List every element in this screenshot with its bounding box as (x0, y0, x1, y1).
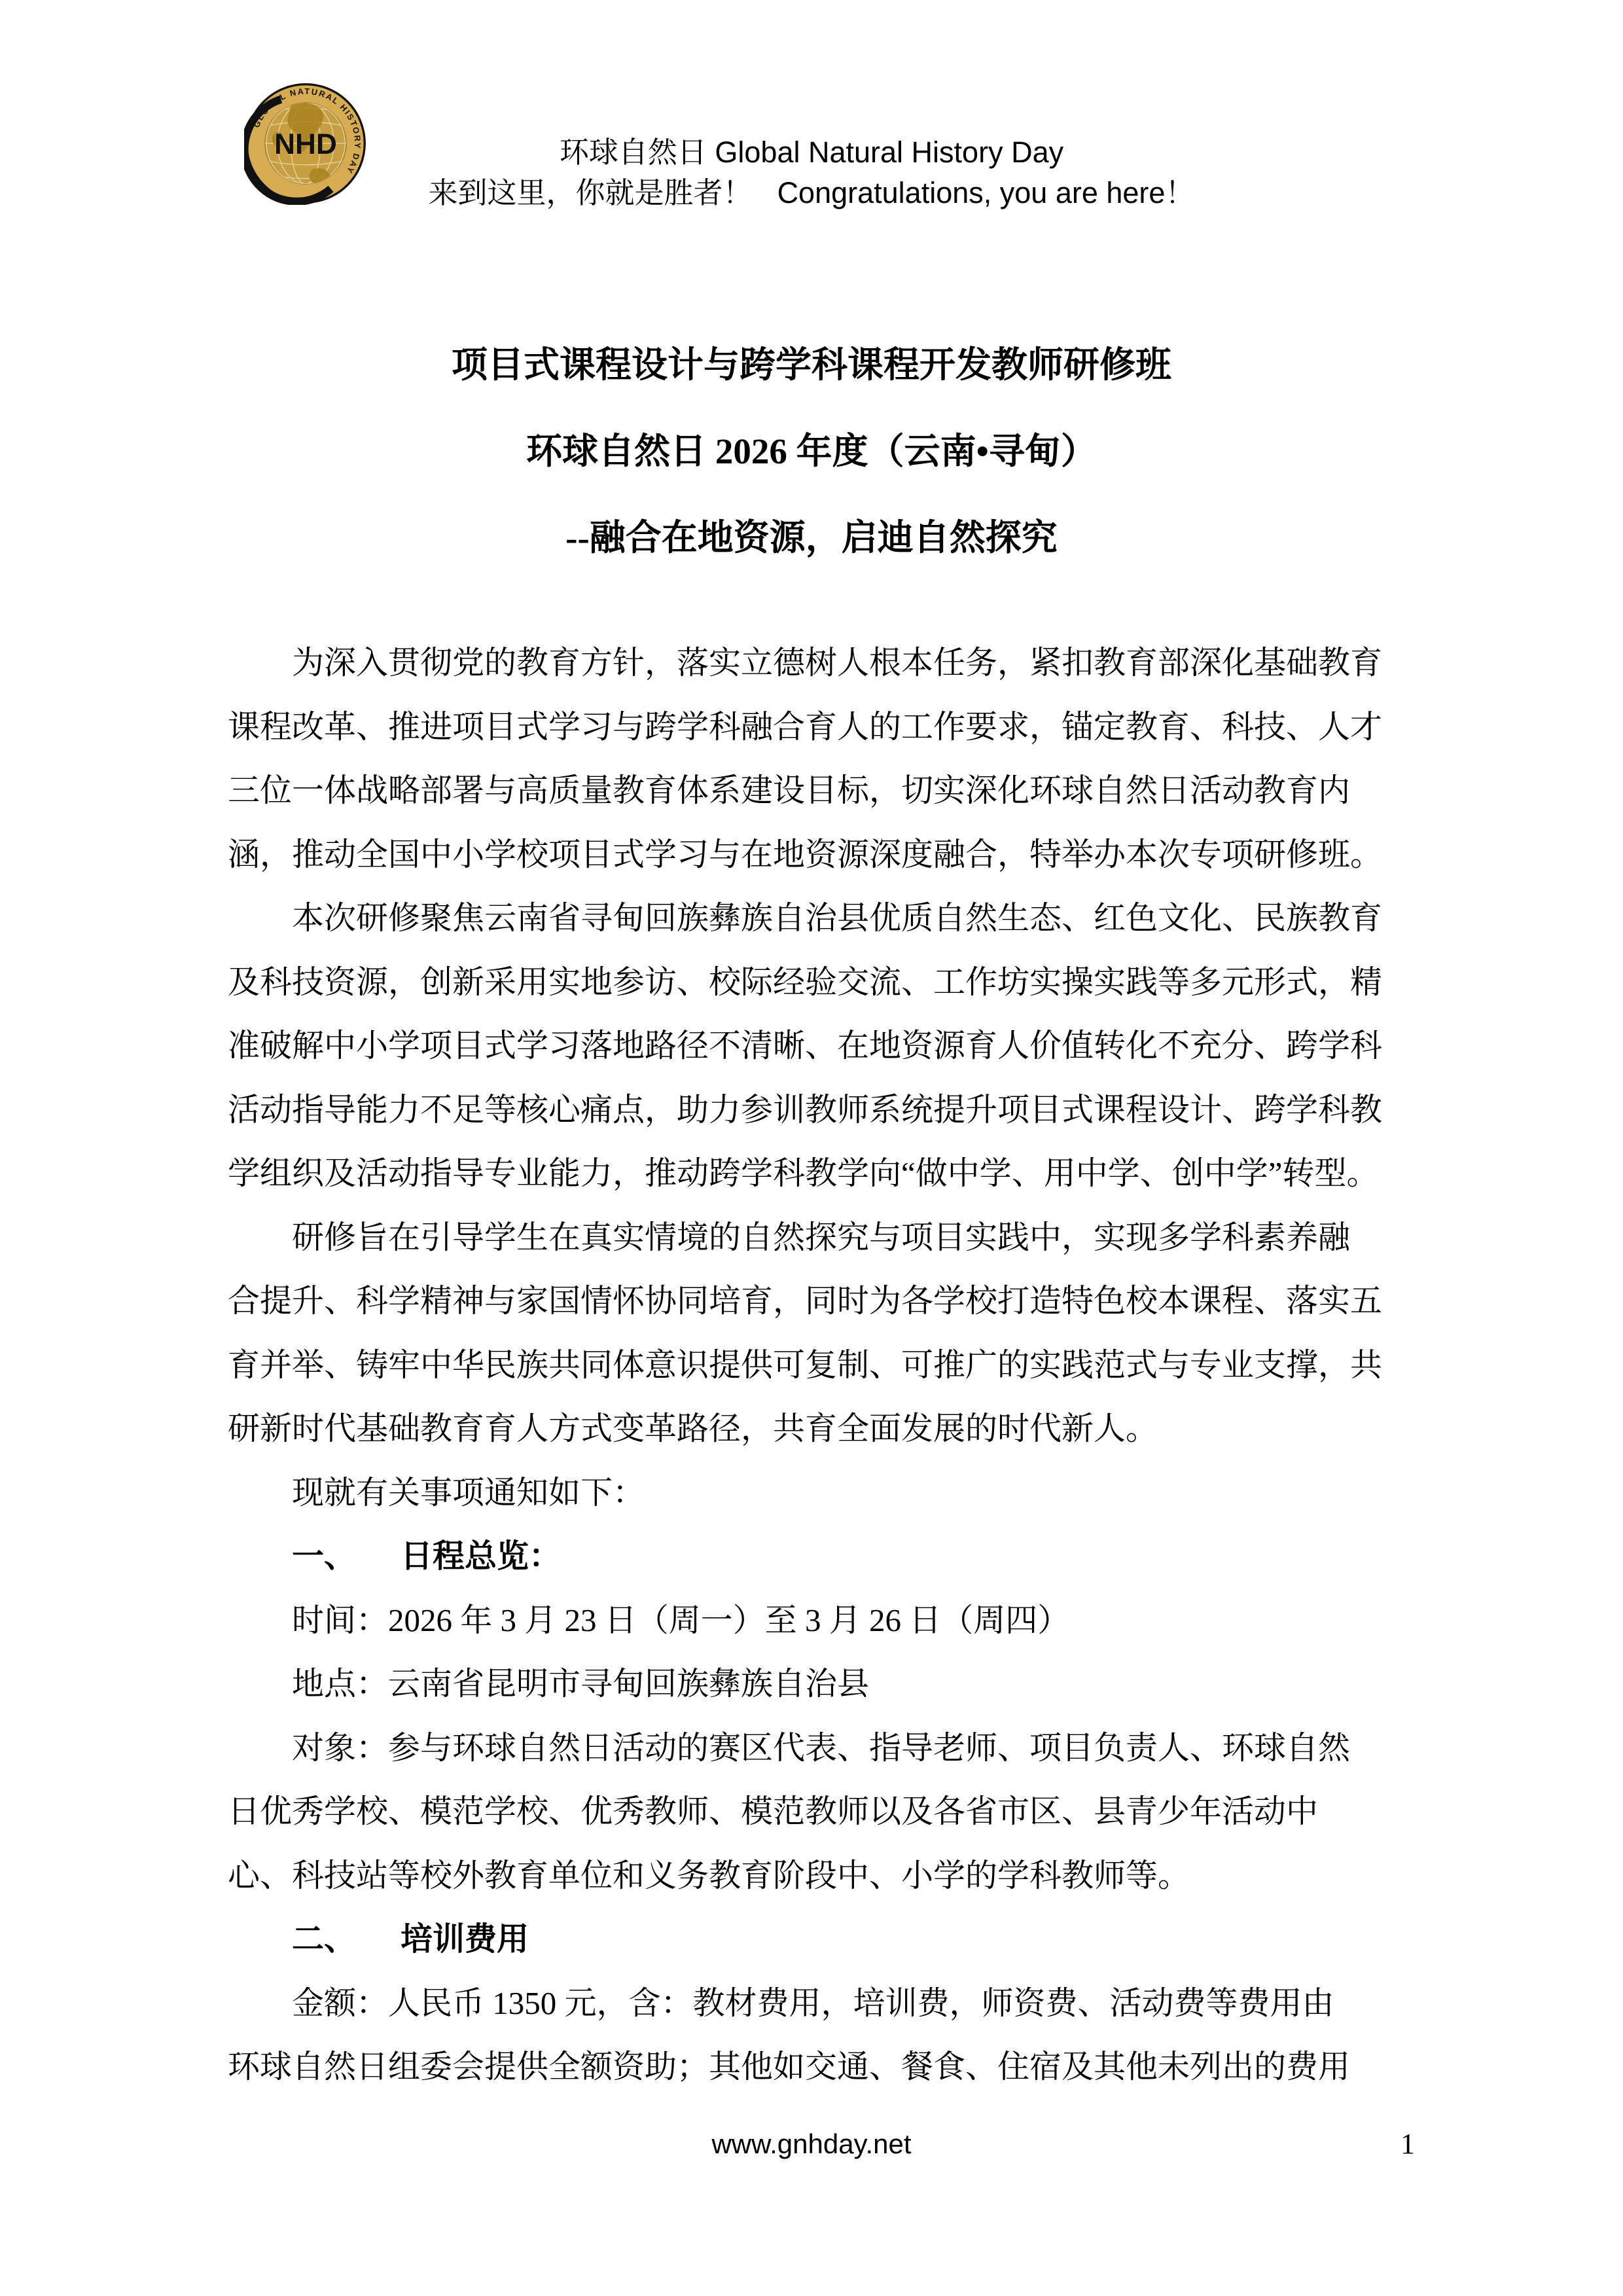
section-2-title: 培训费用 (401, 1921, 529, 1957)
section-1-number: 一、 (292, 1538, 356, 1574)
paragraph-line: 课程改革、推进项目式学习与跨学科融合育人的工作要求，锚定教育、科技、人才 (228, 695, 1400, 759)
schedule-location-line: 地点：云南省昆明市寻甸回族彝族自治县 (228, 1652, 1400, 1716)
paragraph-line: 准破解中小学项目式学习落地路径不清晰、在地资源育人价值转化不充分、跨学科 (228, 1014, 1400, 1078)
doc-title-line-3: --融合在地资源，启迪自然探究 (0, 495, 1623, 581)
paragraph-line: 本次研修聚焦云南省寻甸回族彝族自治县优质自然生态、红色文化、民族教育 (228, 886, 1400, 950)
schedule-audience-line: 心、科技站等校外教育单位和义务教育阶段中、小学的学科教师等。 (228, 1844, 1400, 1908)
notice-intro-line: 现就有关事项通知如下： (228, 1461, 1400, 1525)
section-1-heading: 一、日程总览： (228, 1524, 1400, 1588)
footer-url[interactable]: www.gnhday.net (0, 2126, 1623, 2162)
document-page: GLOBAL NATURAL HISTORY DAY NHD 环球自然日 Glo… (0, 0, 1623, 2296)
slogan-chinese: 来到这里，你就是胜者！ (429, 176, 753, 209)
paragraph-line: 研修旨在引导学生在真实情境的自然探究与项目实践中，实现多学科素养融 (228, 1206, 1400, 1270)
section-1-title: 日程总览： (401, 1538, 561, 1574)
schedule-audience-line: 对象：参与环球自然日活动的赛区代表、指导老师、项目负责人、环球自然 (228, 1716, 1400, 1780)
schedule-time-line: 时间：2026 年 3 月 23 日（周一）至 3 月 26 日（周四） (228, 1588, 1400, 1653)
section-2-number: 二、 (292, 1921, 356, 1957)
org-title-line: 环球自然日 Global Natural History Day (0, 132, 1623, 173)
paragraph-line: 为深入贯彻党的教育方针，落实立德树人根本任务，紧扣教育部深化基础教育 (228, 631, 1400, 695)
document-body: 为深入贯彻党的教育方针，落实立德树人根本任务，紧扣教育部深化基础教育 课程改革、… (228, 631, 1400, 2099)
paragraph-line: 三位一体战略部署与高质量教育体系建设目标，切实深化环球自然日活动教育内 (228, 759, 1400, 823)
slogan-line: 来到这里，你就是胜者！Congratulations, you are here… (0, 173, 1623, 213)
letterhead: 环球自然日 Global Natural History Day 来到这里，你就… (0, 132, 1623, 213)
page-footer: www.gnhday.net 1 (0, 2126, 1623, 2165)
paragraph-line: 学组织及活动指导专业能力，推动跨学科教学向“做中学、用中学、创中学”转型。 (228, 1141, 1400, 1206)
document-title-block: 项目式课程设计与跨学科课程开发教师研修班 环球自然日 2026 年度（云南•寻甸… (0, 322, 1623, 581)
fee-amount-line: 环球自然日组委会提供全额资助；其他如交通、餐食、住宿及其他未列出的费用 (228, 2035, 1400, 2099)
paragraph-line: 活动指导能力不足等核心痛点，助力参训教师系统提升项目式课程设计、跨学科教 (228, 1078, 1400, 1142)
doc-title-line-2: 环球自然日 2026 年度（云南•寻甸） (0, 408, 1623, 495)
schedule-audience-line: 日优秀学校、模范学校、优秀教师、模范教师以及各省市区、县青少年活动中 (228, 1780, 1400, 1844)
slogan-english: Congratulations, you are here！ (777, 176, 1195, 209)
page-number: 1 (1400, 2126, 1415, 2162)
paragraph-line: 研新时代基础教育育人方式变革路径，共育全面发展的时代新人。 (228, 1397, 1400, 1461)
paragraph-line: 及科技资源，创新采用实地参访、校际经验交流、工作坊实操实践等多元形式，精 (228, 950, 1400, 1014)
paragraph-line: 育并举、铸牢中华民族共同体意识提供可复制、可推广的实践范式与专业支撑，共 (228, 1333, 1400, 1397)
fee-amount-line: 金额：人民币 1350 元，含：教材费用，培训费，师资费、活动费等费用由 (228, 1971, 1400, 2036)
section-2-heading: 二、培训费用 (228, 1907, 1400, 1971)
doc-title-line-1: 项目式课程设计与跨学科课程开发教师研修班 (0, 322, 1623, 408)
paragraph-line: 涵，推动全国中小学校项目式学习与在地资源深度融合，特举办本次专项研修班。 (228, 823, 1400, 887)
paragraph-line: 合提升、科学精神与家国情怀协同培育，同时为各学校打造特色校本课程、落实五 (228, 1269, 1400, 1333)
